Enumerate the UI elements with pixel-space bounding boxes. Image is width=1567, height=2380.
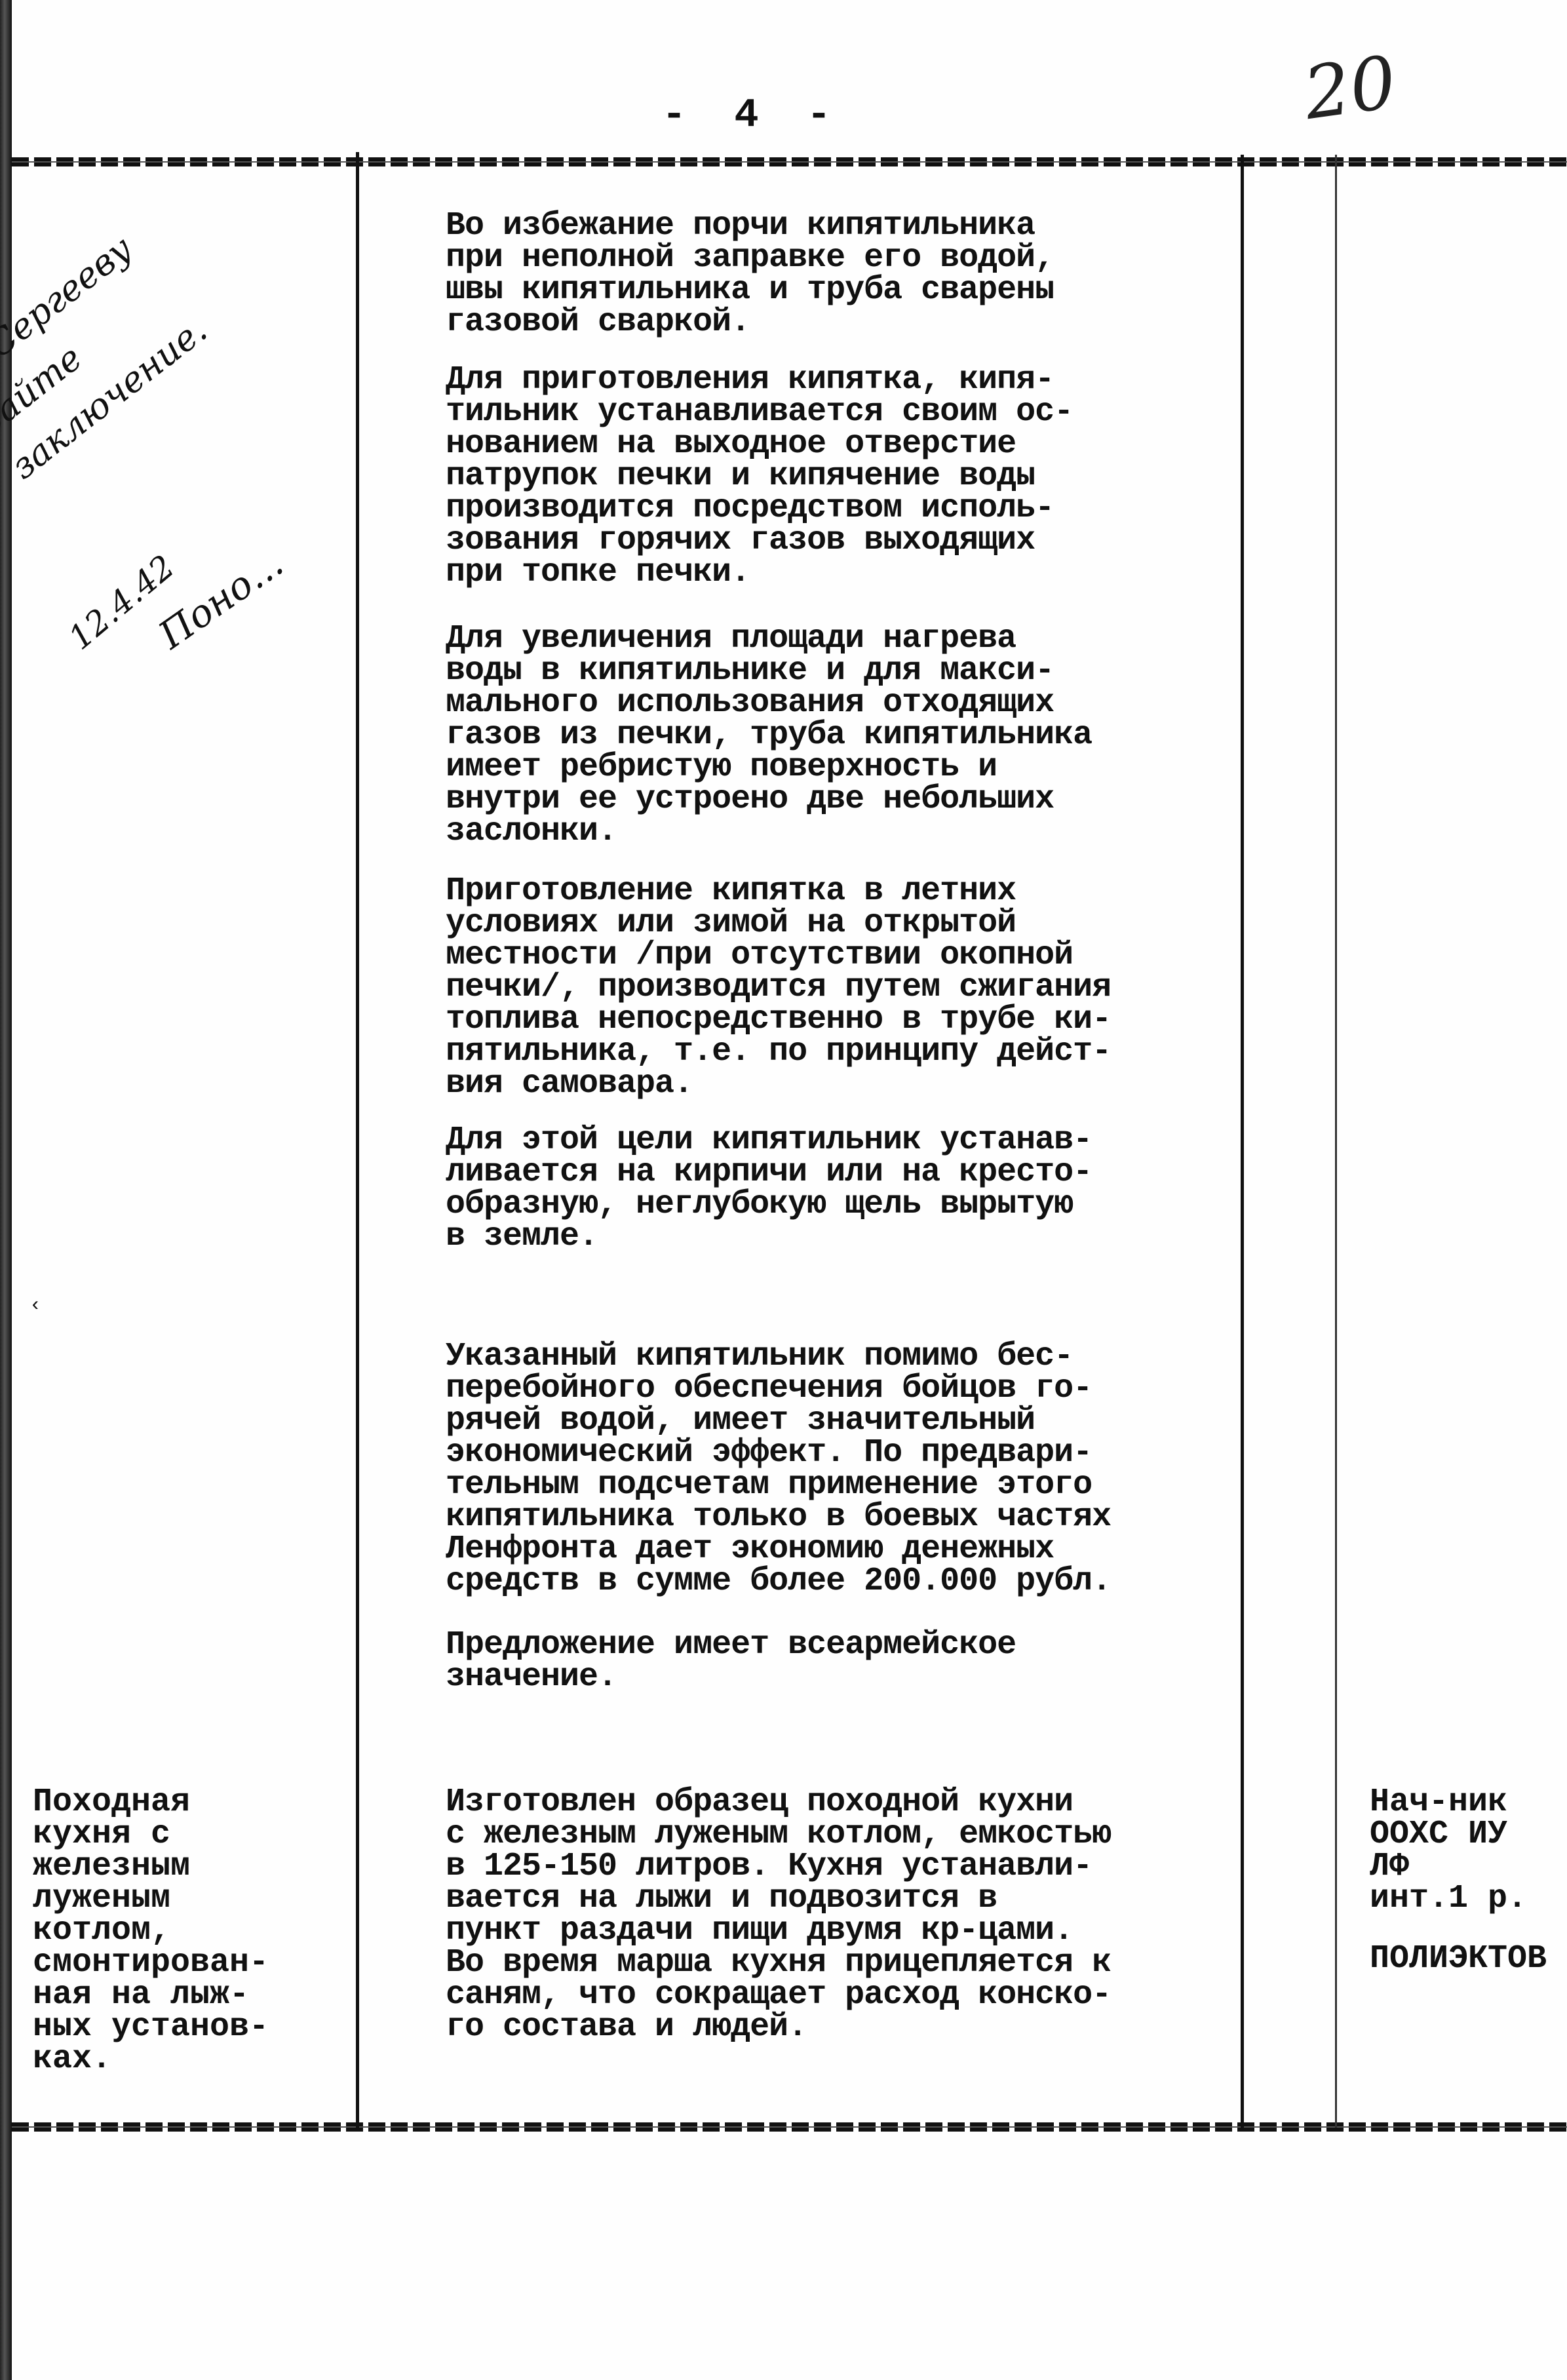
handwritten-resolution: т. Сергееву дайте заключение. xyxy=(0,153,301,493)
handwritten-resolution-date: 12.4.42 xyxy=(62,547,182,657)
paragraph-heating-area: Для увеличения площади нагрева воды в ки… xyxy=(446,623,1232,848)
column-divider-3 xyxy=(1335,155,1337,2128)
paragraph-boiling-method: Для приготовления кипятка, кипя- тильник… xyxy=(446,364,1232,589)
paragraph-welding: Во избежание порчи кипятильника при непо… xyxy=(446,210,1232,338)
handwritten-signature: Поно... xyxy=(151,541,291,657)
author-name: ПОЛИЭКТОВ xyxy=(1370,1940,1547,1978)
column-divider-2 xyxy=(1241,155,1244,2128)
table-top-rule xyxy=(12,157,1567,166)
scanned-document-page: - 4 - 20 т. Сергееву дайте заключение. 1… xyxy=(0,0,1567,2380)
paragraph-economic-effect: Указанный кипятильник помимо бес- перебо… xyxy=(446,1340,1232,1597)
paragraph-significance: Предложение имеет всеармейское значение. xyxy=(446,1629,1232,1693)
scan-speck: ‹ xyxy=(29,1295,41,1317)
paragraph-field-kitchen: Изготовлен образец походной кухни с желе… xyxy=(446,1786,1232,2043)
item-title-field-kitchen: Походная кухня с железным луженым котлом… xyxy=(33,1786,315,2075)
table-bottom-rule xyxy=(12,2122,1567,2132)
paragraph-installation: Для этой цели кипятильник устанав- ливае… xyxy=(446,1124,1232,1253)
paragraph-open-field-use: Приготовление кипятка в летних условиях … xyxy=(446,875,1232,1100)
author-position: Нач-ник ООХС ИУ ЛФ инт.1 р. xyxy=(1370,1786,1566,1915)
column-divider-1 xyxy=(356,152,359,2130)
page-number: - 4 - xyxy=(662,92,843,138)
handwritten-archive-number: 20 xyxy=(1299,40,1401,136)
